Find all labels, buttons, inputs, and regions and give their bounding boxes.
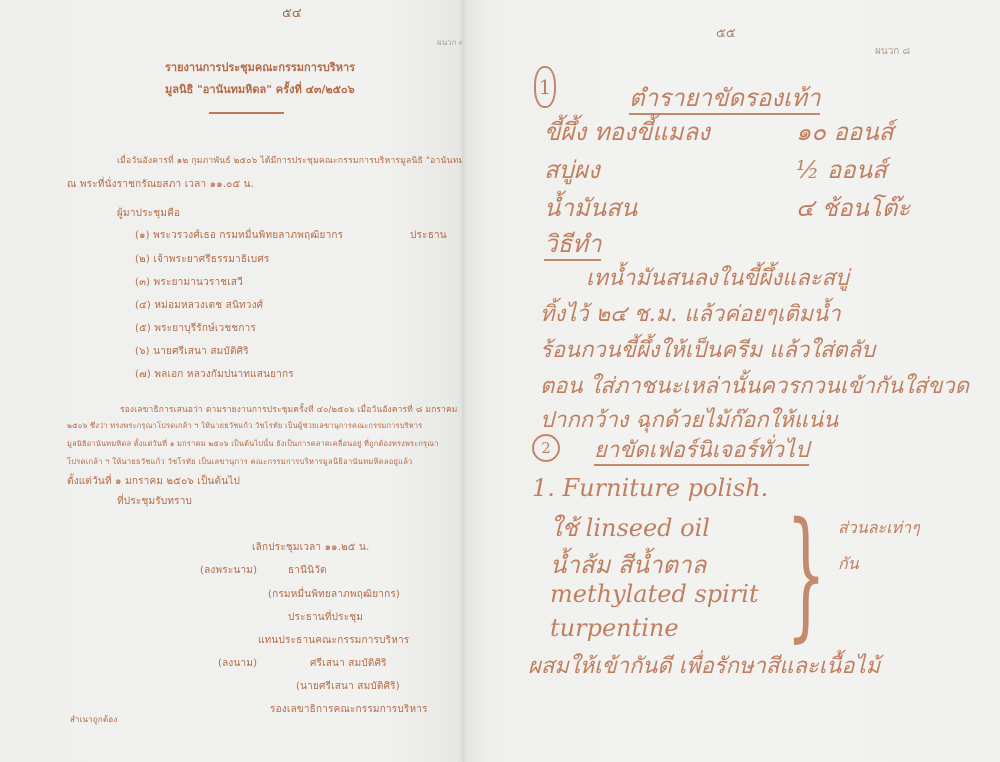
method-label: วิธีทำ — [544, 224, 601, 263]
signature-full-name: (กรมหมื่นพิทยลาภพฤฒิยากร) — [268, 587, 400, 602]
body-line: ตั้งแต่วันที่ ๑ มกราคม ๒๕๐๖ เป็นต้นไป — [67, 474, 240, 489]
ingredient-name: สบู่ผง — [544, 150, 600, 189]
polish-final-line: ผสมให้เข้ากันดี เพื่อรักษาสีและเนื้อไม้ — [528, 648, 880, 683]
signature-title: แทนประธานคณะกรรมการบริหาร — [258, 633, 409, 648]
resolution: ที่ประชุมรับทราบ — [117, 494, 192, 509]
section-2-marker: 2 — [532, 434, 560, 462]
section-1-marker: 1 — [534, 66, 556, 108]
method-line: ตอน ใส่ภาชนะเหล่านั้นควรกวนเข้ากันใส่ขวด — [540, 368, 969, 403]
attendee-item: (๑) พระวรวงศ์เธอ กรมหมื่นพิทยลาภพฤฒิยากร — [135, 228, 343, 243]
attendee-item: (๒) เจ้าพระยาศรีธรรมาธิเบศร — [135, 252, 269, 267]
attendee-role: ประธาน — [410, 228, 447, 243]
intro-line-1: เมื่อวันอังคารที่ ๑๒ กุมภาพันธ์ ๒๕๐๖ ได้… — [117, 153, 486, 167]
method-line: ทิ้งไว้ ๒๔ ช.ม. แล้วค่อยๆเติมน้ำ — [540, 296, 841, 331]
ingredient-qty: ๑๐ ออนส์ — [796, 112, 893, 151]
brace-note-line: ส่วนละเท่าๆ — [838, 516, 920, 541]
attendee-item: (๖) นายศรีเสนา สมบัติศิริ — [135, 344, 249, 359]
section-2-subheading: 1. Furniture polish. — [532, 474, 768, 502]
attendee-item: (๔) หม่อมหลวงเดช สนิทวงศ์ — [135, 298, 263, 313]
polish-ingredient: methylated spirit — [550, 580, 759, 608]
body-line: รองเลขาธิการเสนอว่า ตามรายงานการประชุมคร… — [120, 402, 457, 416]
ingredient-qty: ๔ ช้อนโต๊ะ — [796, 188, 910, 227]
ingredient-qty: ½ ออนส์ — [796, 150, 887, 189]
method-line: ร้อนกวนขี้ผึ้งให้เป็นครีม แล้วใส่ตลับ — [540, 332, 875, 367]
left-section-tag: ผนวก ๗ — [437, 36, 465, 49]
signature-label: (ลงนาม) — [218, 656, 257, 671]
attendee-item: (๗) พลเอก หลวงกัมปนาทแสนยากร — [135, 367, 294, 382]
footer-note: สำเนาถูกต้อง — [70, 713, 117, 726]
intro-line-2: ณ พระที่นั่งราชกรัณยสภา เวลา ๑๑.๐๕ น. — [67, 177, 254, 192]
closing-time: เลิกประชุมเวลา ๑๑.๒๕ น. — [252, 540, 369, 555]
attendee-item: (๕) พระยาบุรีรักษ์เวชชการ — [135, 321, 256, 336]
doc-title-line-2: มูลนิธิ "อานันทมหิดล" ครั้งที่ ๔๓/๒๕๐๖ — [165, 80, 355, 98]
right-page: ๕๕ ผนวก ๘ 1 ตำรายาขัดรองเท้า ขี้ผึ้ง ทอง… — [466, 0, 1000, 762]
signature-name: ธานีนิวัต — [288, 563, 327, 578]
signature-title: รองเลขาธิการคณะกรรมการบริหาร — [270, 702, 428, 717]
signature-label: (ลงพระนาม) — [200, 563, 257, 578]
doc-title-line-1: รายงานการประชุมคณะกรรมการบริหาร — [165, 58, 355, 76]
attendees-label: ผู้มาประชุมคือ — [117, 206, 180, 221]
brace-symbol: } — [786, 505, 826, 645]
ingredient-name: ขี้ผึ้ง ทองขี้แมลง — [544, 112, 710, 151]
body-line: ๒๕๐๖ ซึ่งว่า ทรงพระกรุณาโปรดเกล้า ฯ ให้น… — [67, 420, 422, 432]
signature-full-name: (นายศรีเสนา สมบัติศิริ) — [296, 679, 400, 694]
signature-title: ประธานที่ประชุม — [288, 610, 363, 625]
brace-note-line: กัน — [838, 552, 859, 577]
title-divider — [209, 112, 284, 114]
polish-ingredient: ใช้ linseed oil — [550, 508, 710, 547]
left-page-number: ๕๔ — [282, 2, 302, 23]
polish-ingredient: น้ำส้ม สีน้ำตาล — [550, 545, 706, 584]
body-line: โปรดเกล้า ฯ ให้นายธวัชแก้ว วัชโรทัย เป็น… — [67, 456, 413, 468]
method-line: เทน้ำมันสนลงในขี้ผึ้งและสบู่ — [586, 260, 849, 295]
right-section-tag: ผนวก ๘ — [875, 44, 910, 59]
body-line: มูลนิธิอานันทมหิดล ตั้งแต่วันที่ ๑ มกราค… — [67, 438, 439, 450]
section-2-heading: ยาขัดเฟอร์นิเจอร์ทั่วไป — [594, 432, 809, 467]
right-page-number: ๕๕ — [716, 22, 736, 43]
left-page: ๕๔ ผนวก ๗ รายงานการประชุมคณะกรรมการบริหา… — [0, 0, 468, 762]
ingredient-name: น้ำมันสน — [544, 188, 637, 227]
signature-name: ศรีเสนา สมบัติศิริ — [310, 656, 387, 671]
polish-ingredient: turpentine — [550, 614, 679, 642]
attendee-item: (๓) พระยามานวราชเสวี — [135, 275, 243, 290]
